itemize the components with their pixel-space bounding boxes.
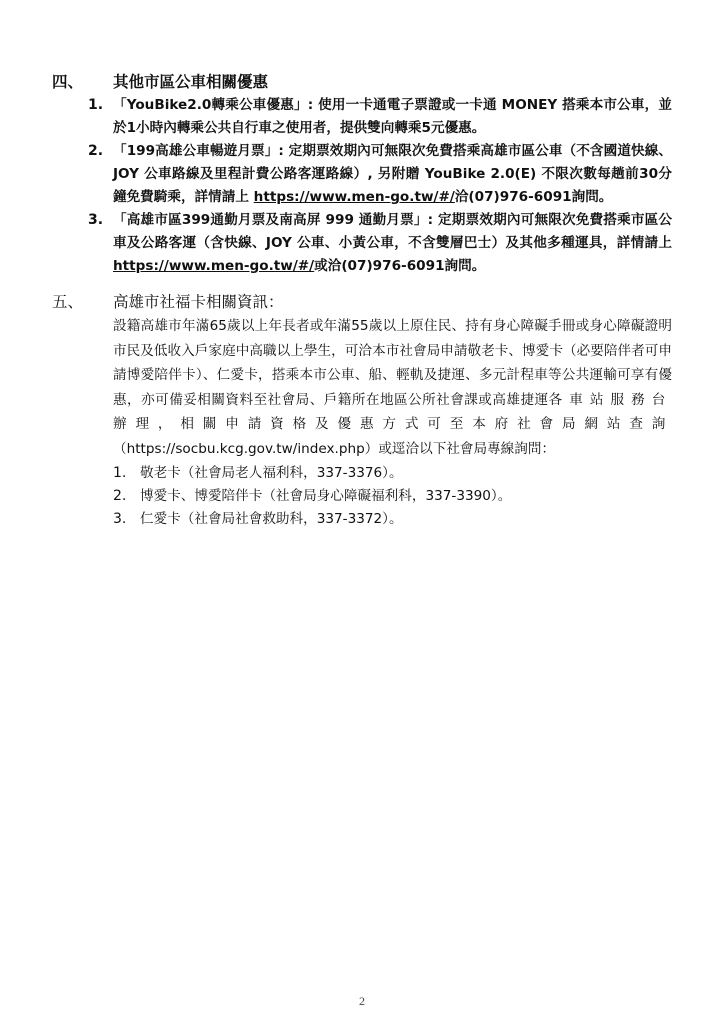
section-other-bus-discounts: 四、 其他市區公車相關優惠 1. 「YouBike2.0轉乘公車優惠」: 使用一… xyxy=(52,70,672,278)
item-number: 2. xyxy=(113,485,140,508)
hotline-list: 1. 敬老卡（社會局老人福利科，337-3376）。 2. 博愛卡、博愛陪伴卡（… xyxy=(52,462,672,531)
item-text-part: 洽(07)976-6091詢問。 xyxy=(455,189,613,205)
list-item-senior-card: 1. 敬老卡（社會局老人福利科，337-3376）。 xyxy=(52,462,672,485)
item-text-part: 或洽(07)976-6091詢問。 xyxy=(314,258,485,274)
section-number: 五、 xyxy=(52,290,113,312)
item-text: 博愛卡、博愛陪伴卡（社會局身心障礙福利科，337-3390）。 xyxy=(140,485,672,508)
list-item-disability-card: 2. 博愛卡、博愛陪伴卡（社會局身心障礙福利科，337-3390）。 xyxy=(52,485,672,508)
section-title: 其他市區公車相關優惠 xyxy=(113,70,672,92)
item-text-part: 「高雄市區399通勤月票及南高屏 999 通勤月票」: 定期票效期內可無限次免費… xyxy=(113,212,672,251)
list-item-youbike: 1. 「YouBike2.0轉乘公車優惠」: 使用一卡通電子票證或一卡通 MON… xyxy=(52,94,672,140)
welfare-card-paragraph: 設籍高雄市年滿65歲以上年長者或年滿55歲以上原住民、持有身心障礙手冊或身心障礙… xyxy=(113,314,672,462)
item-number: 3. xyxy=(113,508,140,531)
item-number: 1. xyxy=(88,94,113,117)
item-text: 「YouBike2.0轉乘公車優惠」: 使用一卡通電子票證或一卡通 MONEY … xyxy=(113,94,672,140)
page-number: 2 xyxy=(0,994,724,1009)
item-number: 2. xyxy=(88,140,113,163)
list-item-199-pass: 2. 「199高雄公車暢遊月票」: 定期票效期內可無限次免費搭乘高雄市區公車（不… xyxy=(52,140,672,209)
item-text: 「高雄市區399通勤月票及南高屏 999 通勤月票」: 定期票效期內可無限次免費… xyxy=(113,209,672,278)
list-item-charity-card: 3. 仁愛卡（社會局社會救助科，337-3372）。 xyxy=(52,508,672,531)
item-text: 仁愛卡（社會局社會救助科，337-3372）。 xyxy=(140,508,672,531)
men-go-link[interactable]: https://www.men-go.tw/#/ xyxy=(113,258,314,274)
item-number: 3. xyxy=(88,209,113,232)
section-heading: 五、 高雄市社福卡相關資訊： xyxy=(52,290,672,314)
section-title: 高雄市社福卡相關資訊： xyxy=(113,290,672,312)
item-text: 「199高雄公車暢遊月票」: 定期票效期內可無限次免費搭乘高雄市區公車（不含國道… xyxy=(113,140,672,209)
section-heading: 四、 其他市區公車相關優惠 xyxy=(52,70,672,94)
list-item-399-pass: 3. 「高雄市區399通勤月票及南高屏 999 通勤月票」: 定期票效期內可無限… xyxy=(52,209,672,278)
paragraph-text: （https://socbu.kcg.gov.tw/index.php）或逕洽以… xyxy=(113,441,555,457)
item-number: 1. xyxy=(113,462,140,485)
document-page: 四、 其他市區公車相關優惠 1. 「YouBike2.0轉乘公車優惠」: 使用一… xyxy=(0,0,724,1024)
section-social-welfare-card: 五、 高雄市社福卡相關資訊： 設籍高雄市年滿65歲以上年長者或年滿55歲以上原住… xyxy=(52,290,672,531)
section-number: 四、 xyxy=(52,70,113,92)
men-go-link[interactable]: https://www.men-go.tw/#/ xyxy=(254,189,455,205)
item-text: 敬老卡（社會局老人福利科，337-3376）。 xyxy=(140,462,672,485)
